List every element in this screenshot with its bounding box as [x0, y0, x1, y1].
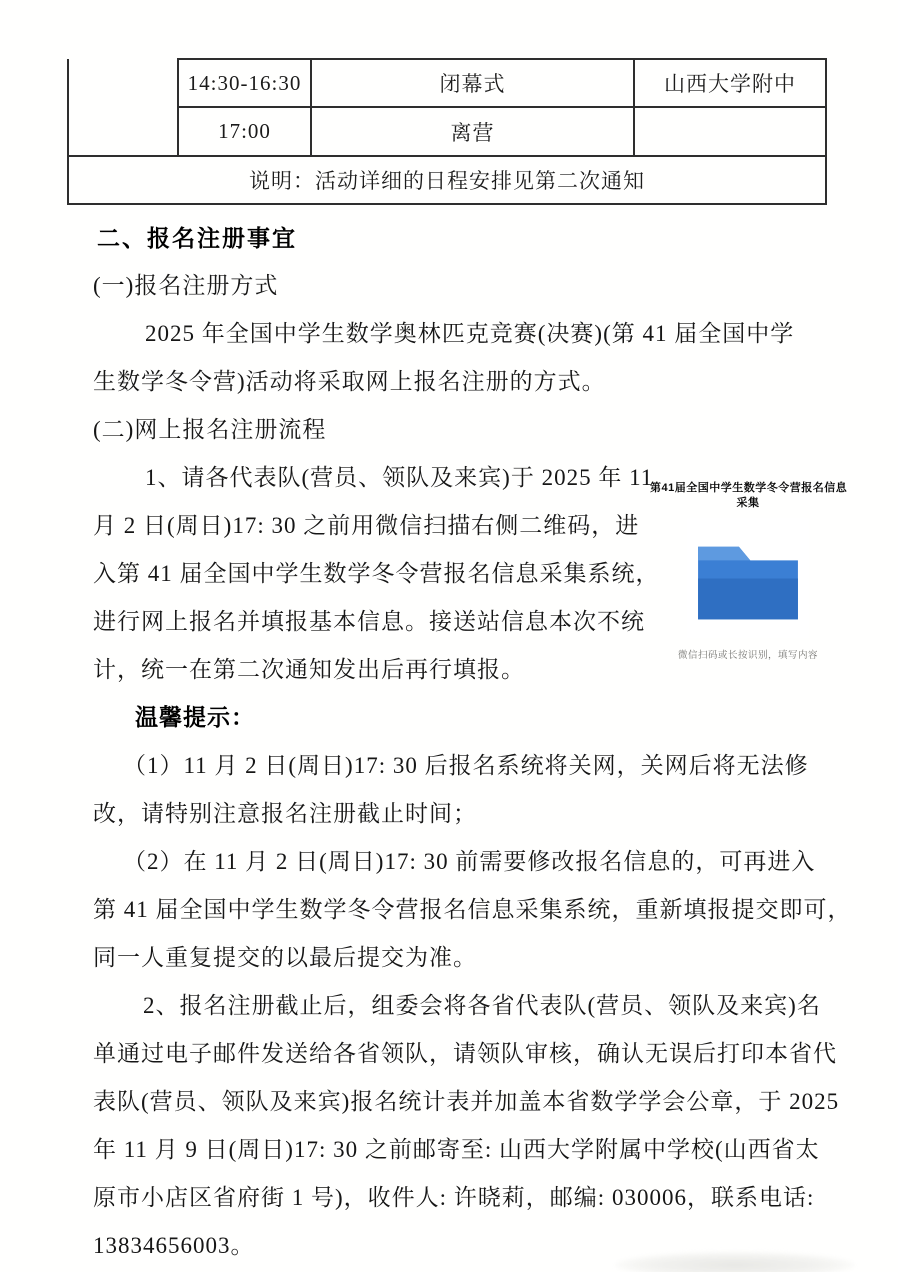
- scan-smudge: [615, 1252, 855, 1272]
- location-cell: 山西大学附中: [634, 59, 826, 107]
- qr-panel: 第41届全国中学生数学冬令营报名信息 采集 微信扫码或长按识别，填写内容: [650, 481, 846, 661]
- document-page: 14:30-16:30 闭幕式 山西大学附中 17:00 离营 说明：活动详细的…: [0, 0, 898, 1272]
- event-cell: 闭幕式: [311, 59, 634, 107]
- schedule-table: 14:30-16:30 闭幕式 山西大学附中 17:00 离营 说明：活动详细的…: [67, 58, 827, 205]
- tip2-line: （2）在 11 月 2 日(周日)17: 30 前需要修改报名信息的，可再进入: [93, 838, 863, 886]
- table-note-row: 说明：活动详细的日程安排见第二次通知: [68, 156, 826, 204]
- step2-line: 原市小店区省府街 1 号)，收件人: 许晓莉，邮编: 030006，联系电话:: [93, 1174, 863, 1222]
- tip1-line: （1）11 月 2 日(周日)17: 30 后报名系统将关网，关网后将无法修: [93, 742, 863, 790]
- tip2-line: 第 41 届全国中学生数学冬令营报名信息采集系统，重新填报提交即可，: [93, 886, 863, 934]
- table-row: 14:30-16:30 闭幕式 山西大学附中: [68, 59, 826, 107]
- table-row: 17:00 离营: [68, 107, 826, 156]
- subsection-heading-2: (二)网上报名注册流程: [93, 406, 863, 454]
- step2-line: 2、报名注册截止后，组委会将各省代表队(营员、领队及来宾)名: [93, 982, 863, 1030]
- folder-icon: [687, 518, 809, 639]
- location-cell: [634, 107, 826, 156]
- qr-title-line2: 采集: [650, 496, 846, 511]
- paragraph-line: 2025 年全国中学生数学奥林匹克竞赛(决赛)(第 41 届全国中学: [93, 310, 863, 358]
- time-cell: 17:00: [178, 107, 311, 156]
- step2-line: 单通过电子邮件发送给各省领队，请领队审核，确认无误后打印本省代: [93, 1030, 863, 1078]
- tips-heading: 温馨提示：: [93, 694, 863, 742]
- document-body: 二、报名注册事宜 (一)报名注册方式 2025 年全国中学生数学奥林匹克竞赛(决…: [93, 214, 863, 1270]
- qr-title-line1: 第41届全国中学生数学冬令营报名信息: [650, 481, 846, 496]
- tip2-line: 同一人重复提交的以最后提交为准。: [93, 934, 863, 982]
- note-cell: 说明：活动详细的日程安排见第二次通知: [68, 156, 826, 204]
- paragraph-line: 生数学冬令营)活动将采取网上报名注册的方式。: [93, 358, 863, 406]
- tip1-line: 改，请特别注意报名注册截止时间；: [93, 790, 863, 838]
- event-cell: 离营: [311, 107, 634, 156]
- section-heading: 二、报名注册事宜: [93, 214, 863, 262]
- step2-line: 表队(营员、领队及来宾)报名统计表并加盖本省数学学会公章，于 2025: [93, 1078, 863, 1126]
- step2-line: 年 11 月 9 日(周日)17: 30 之前邮寄至: 山西大学附属中学校(山西…: [93, 1126, 863, 1174]
- subsection-heading-1: (一)报名注册方式: [93, 262, 863, 310]
- time-cell: 14:30-16:30: [178, 59, 311, 107]
- qr-code: [689, 519, 807, 637]
- qr-caption: 微信扫码或长按识别，填写内容: [650, 647, 846, 661]
- date-stub-cell: [68, 59, 178, 156]
